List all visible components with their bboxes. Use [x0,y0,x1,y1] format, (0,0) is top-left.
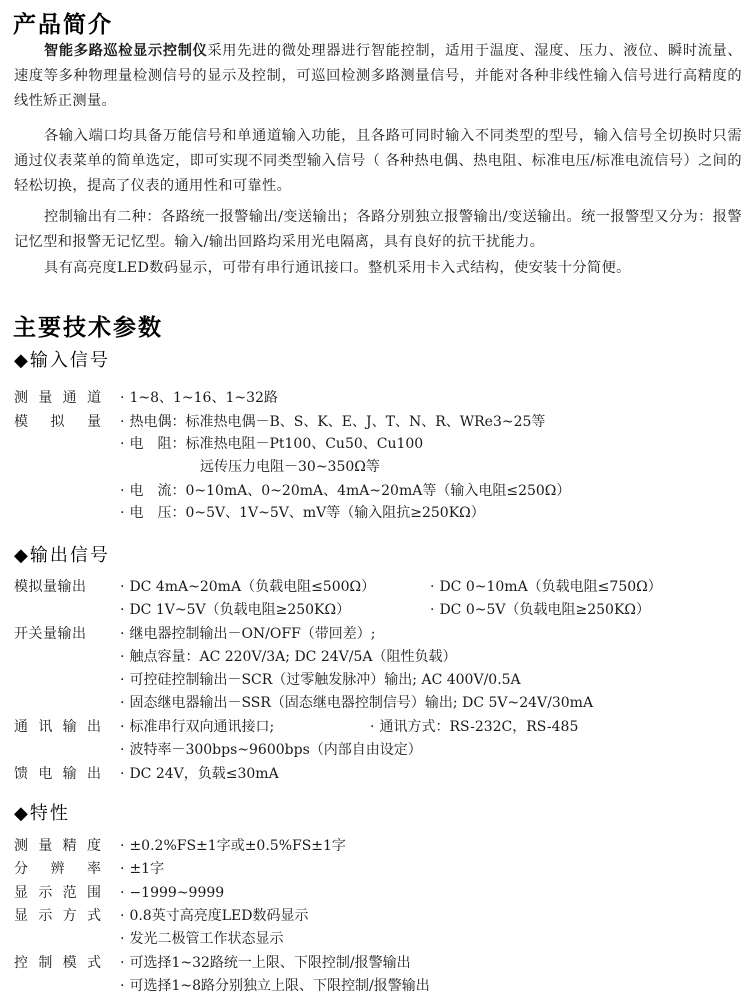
intro-paragraph-2: 各输入端口均具备万能信号和单通道输入功能，且各路可同时输入不同类型的型号，输入信… [14,124,742,199]
features-heading: ◆特性 [14,799,70,825]
bullet-icon: · [120,436,124,452]
spec-label: 馈电输出 [14,763,102,785]
bullet-icon: · [120,908,124,924]
bullet-icon: · [120,742,124,758]
spec-label: 测量通道 [14,387,102,409]
spec-label: 通讯输出 [14,716,102,738]
bullet-icon: · [120,602,124,618]
intro-paragraph-1: 智能多路巡检显示控制仪采用先进的微处理器进行智能控制，适用于温度、湿度、压力、液… [14,39,742,114]
product-name: 智能多路巡检显示控制仪 [44,43,207,59]
bullet-icon: · [120,626,124,642]
output-heading: ◆输出信号 [14,541,110,567]
spec-label: 开关量输出 [14,623,102,645]
bullet-icon: · [120,861,124,877]
bullet-icon: · [120,885,124,901]
bullet-icon: · [120,483,124,499]
intro-paragraph-4: 具有高亮度LED数码显示，可带有串行通讯接口。整机采用卡入式结构，使安装十分简便… [14,256,742,281]
specs-title: 主要技术参数 [13,309,163,342]
spec-label: 显示范围 [14,882,102,904]
bullet-icon: · [370,719,374,735]
bullet-icon: · [120,719,124,735]
bullet-icon: · [430,579,434,595]
bullet-icon: · [120,931,124,947]
bullet-icon: · [120,838,124,854]
intro-paragraph-3: 控制输出有二种：各路统一报警输出/变送输出；各路分别独立报警输出/变送输出。统一… [14,205,742,255]
spec-label: 测量精度 [14,835,102,857]
bullet-icon: · [120,695,124,711]
spec-label: 模拟量 [14,411,102,433]
bullet-icon: · [120,579,124,595]
spec-label: 显示方式 [14,905,102,927]
spec-label: 模拟量输出 [14,576,102,598]
spec-label: 分辨率 [14,858,102,880]
bullet-icon: · [120,649,124,665]
bullet-icon: · [120,390,124,406]
bullet-icon: · [120,505,124,521]
bullet-icon: · [120,672,124,688]
bullet-icon: · [120,955,124,971]
bullet-icon: · [430,602,434,618]
spec-label: 控制模式 [14,952,102,974]
intro-title: 产品简介 [13,6,113,39]
input-heading: ◆输入信号 [14,346,110,372]
bullet-icon: · [120,414,124,430]
bullet-icon: · [120,978,124,994]
bullet-icon: · [120,766,124,782]
